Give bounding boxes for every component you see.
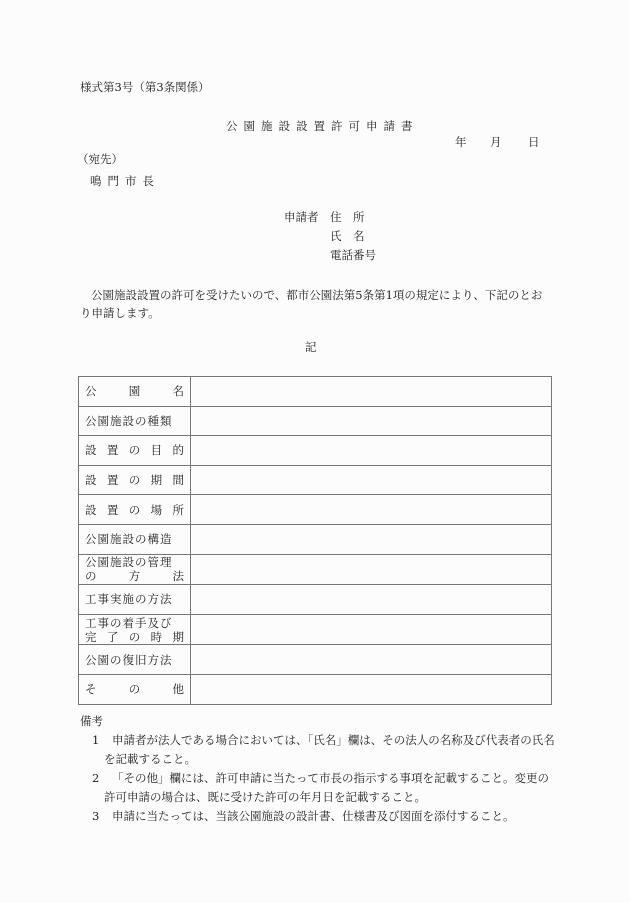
row-label-park-name: 公 園 名: [79, 377, 191, 407]
application-table: 公 園 名 公園施設の種類 設 置 の 目 的 設 置: [78, 376, 552, 705]
applicant-phone-label: 電話番号: [330, 250, 376, 262]
row-label-restoration: 公園の復旧方法: [79, 645, 191, 675]
body-text-line1: 公園施設設置の許可を受けたいので、都市公園法第5条第1項の規定により、下記のとお: [91, 290, 542, 302]
construction-method-field[interactable]: [191, 585, 552, 615]
row-label-management: 公園施設の管理 の 方 法: [79, 554, 191, 585]
label-char: 完: [85, 630, 97, 644]
label-char: 時: [151, 630, 163, 644]
page-title: 公園施設設置許可申請書: [226, 121, 419, 133]
other-field[interactable]: [191, 674, 552, 704]
note-number: 1: [92, 731, 112, 750]
label-char: 間: [173, 473, 185, 487]
label-char: の: [129, 630, 141, 644]
note-number: 3: [92, 807, 112, 826]
row-label-construction-method: 工事実施の方法: [79, 585, 191, 615]
row-label-purpose: 設 置 の 目 的: [79, 436, 191, 466]
date-day-label: 日: [528, 137, 540, 149]
label-char: そ: [85, 682, 97, 696]
addressee-name: 鳴門市長: [90, 176, 160, 188]
label-line1: 工事の着手及び: [85, 616, 184, 630]
table-row: 公 園 名: [79, 377, 552, 407]
table-row: 公園施設の種類: [79, 406, 552, 436]
label-char: 設: [85, 473, 97, 487]
label-char: 設: [85, 503, 97, 517]
ki-heading: 記: [305, 342, 317, 354]
notes-heading: 備考: [80, 712, 560, 731]
label-char: 他: [173, 682, 185, 696]
addressee-label: （宛先）: [77, 154, 123, 166]
structure-field[interactable]: [191, 524, 552, 554]
label-text: 公園施設の種類: [85, 414, 173, 428]
row-label-schedule: 工事の着手及び 完 了 の 時 期: [79, 614, 191, 645]
table-row: 設 置 の 場 所: [79, 495, 552, 525]
table-row: 公園施設の構造: [79, 524, 552, 554]
table-row: 公園の復旧方法: [79, 645, 552, 675]
applicant-name-label: 氏 名: [330, 231, 365, 243]
note-text: 申請に当たっては、当該公園施設の設計書、仕様書及び図面を添付すること。: [112, 809, 515, 823]
label-line1: 公園施設の管理: [85, 555, 184, 569]
form-number: 様式第3号（第3条関係）: [80, 82, 210, 94]
label-char: 方: [129, 569, 141, 583]
label-char: 期: [151, 473, 163, 487]
body-text-line2: り申請します。: [80, 308, 160, 320]
row-label-period: 設 置 の 期 間: [79, 465, 191, 495]
label-char: の: [129, 682, 141, 696]
notes-section: 備考 1申請者が法人である場合においては、「氏名」欄は、その法人の名称及び代表者…: [80, 712, 560, 826]
park-name-field[interactable]: [191, 377, 552, 407]
row-label-structure: 公園施設の構造: [79, 524, 191, 554]
applicant-label: 申請者: [284, 212, 319, 224]
label-char: 的: [173, 443, 185, 457]
label-char: 了: [107, 630, 119, 644]
row-label-location: 設 置 の 場 所: [79, 495, 191, 525]
label-char: 公: [85, 384, 97, 398]
restoration-field[interactable]: [191, 645, 552, 675]
note-item: 2「その他」欄には、許可申請に当たって市長の指示する事項を記載すること。変更の許…: [80, 769, 560, 807]
label-char: 置: [107, 443, 119, 457]
label-char: 場: [151, 503, 163, 517]
label-char: 園: [129, 384, 141, 398]
table-row: そ の 他: [79, 674, 552, 704]
schedule-field[interactable]: [191, 614, 552, 645]
table-row: 設 置 の 目 的: [79, 436, 552, 466]
date-month-label: 月: [490, 137, 502, 149]
note-item: 3申請に当たっては、当該公園施設の設計書、仕様書及び図面を添付すること。: [80, 807, 560, 826]
label-text: 公園施設の構造: [85, 532, 173, 546]
label-char: 名: [173, 384, 185, 398]
note-number: 2: [92, 769, 112, 788]
label-char: 設: [85, 443, 97, 457]
purpose-field[interactable]: [191, 436, 552, 466]
note-text: 「その他」欄には、許可申請に当たって市長の指示する事項を記載すること。変更の許可…: [104, 771, 549, 804]
row-label-facility-type: 公園施設の種類: [79, 406, 191, 436]
table-row: 工事の着手及び 完 了 の 時 期: [79, 614, 552, 645]
label-char: 目: [151, 443, 163, 457]
label-char: の: [129, 443, 141, 457]
date-year-label: 年: [455, 137, 467, 149]
label-text: 工事実施の方法: [85, 592, 173, 606]
label-char: の: [85, 569, 97, 583]
applicant-address-label: 住 所: [330, 212, 365, 224]
period-field[interactable]: [191, 465, 552, 495]
note-item: 1申請者が法人である場合においては、「氏名」欄は、その法人の名称及び代表者の氏名…: [80, 731, 560, 769]
label-text: 公園の復旧方法: [85, 653, 173, 667]
note-text: 申請者が法人である場合においては、「氏名」欄は、その法人の名称及び代表者の氏名を…: [104, 733, 555, 766]
table-row: 設 置 の 期 間: [79, 465, 552, 495]
management-field[interactable]: [191, 554, 552, 585]
label-char: 置: [107, 503, 119, 517]
facility-type-field[interactable]: [191, 406, 552, 436]
table-row: 工事実施の方法: [79, 585, 552, 615]
location-field[interactable]: [191, 495, 552, 525]
label-char: 法: [173, 569, 185, 583]
label-char: の: [129, 503, 141, 517]
label-char: の: [129, 473, 141, 487]
table-row: 公園施設の管理 の 方 法: [79, 554, 552, 585]
label-char: 所: [173, 503, 185, 517]
row-label-other: そ の 他: [79, 674, 191, 704]
label-char: 置: [107, 473, 119, 487]
label-char: 期: [173, 630, 185, 644]
